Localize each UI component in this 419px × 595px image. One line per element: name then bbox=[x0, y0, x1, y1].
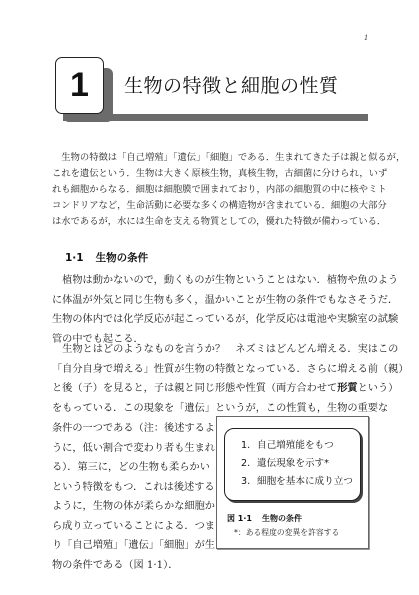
body-line: という特徴をもつ．これは後述する bbox=[52, 478, 212, 498]
chapter-number: 1 bbox=[55, 57, 104, 114]
body-line: 生物の体内では化学反応が起こっているが，化学反応は電池や実験室の試験 bbox=[52, 310, 382, 330]
body-paragraph-3: 条件の一つである（注：後述するよ うに，低い割合で変わり者も生まれ る）．第三に… bbox=[52, 419, 212, 575]
section-number: 1·1 bbox=[65, 252, 84, 264]
body-line: ように，生物の体が柔らかな細胞か bbox=[52, 497, 212, 517]
figure-number: 図 1·1 bbox=[227, 514, 252, 523]
condition-text: 遺伝現象を示す* bbox=[257, 458, 329, 469]
figure-title: 生物の条件 bbox=[262, 514, 302, 523]
section-title: 生物の条件 bbox=[96, 252, 149, 264]
body-line: と後（子）を見ると，子は親と同じ形態や性質（両方合わせて形質という） bbox=[52, 379, 382, 399]
body-line: ら成り立っていることによる．つま bbox=[52, 517, 212, 537]
body-text: と後（子）を見ると，子は親と同じ形態や性質（両方合わせて bbox=[52, 383, 337, 394]
chapter-intro: 生物の特徴は「自己増殖」「遺伝」「細胞」である．生まれてきた子は親と似るが， こ… bbox=[52, 150, 378, 230]
section-heading: 1·1生物の条件 bbox=[65, 250, 148, 265]
figure-conditions-box: 1.自己増殖能をもつ 2.遺伝現象を示す* 3.細胞を基本に成り立つ bbox=[224, 428, 361, 501]
body-line: 「自分自身で増える」性質が生物の特徴となっている．さらに増える前（親） bbox=[52, 360, 382, 380]
condition-text: 自己増殖能をもつ bbox=[257, 440, 334, 451]
body-line: 条件の一つである（注：後述するよ bbox=[52, 419, 212, 439]
chapter-underline-bar bbox=[63, 114, 368, 121]
body-line: る）．第三に，どの生物も柔らかい bbox=[52, 458, 212, 478]
condition-number: 2. bbox=[241, 455, 257, 473]
figure-1-1: 1.自己増殖能をもつ 2.遺伝現象を示す* 3.細胞を基本に成り立つ 図 1·1… bbox=[216, 416, 369, 549]
condition-item: 2.遺伝現象を示す* bbox=[241, 455, 360, 473]
condition-item: 1.自己増殖能をもつ bbox=[241, 437, 360, 455]
figure-caption: 図 1·1生物の条件 bbox=[227, 513, 302, 524]
keyword-keishitsu: 形質 bbox=[337, 382, 357, 394]
body-paragraph-1: 植物は動かないので，動くものが生物ということはない．植物や魚のよう に体温が外気… bbox=[52, 271, 382, 349]
chapter-title: 生物の特徴と細胞の性質 bbox=[124, 71, 339, 98]
intro-line: は水であるが，水には生命を支える物質としての，優れた特徴が備わっている． bbox=[52, 214, 378, 230]
body-line: 生物とはどのようなものを言うか？ ネズミはどんどん増える．実はこの bbox=[52, 340, 382, 360]
intro-line: これを遺伝という．生物は大きく原核生物，真核生物，古細菌に分けられ，いず bbox=[52, 166, 378, 182]
condition-text: 細胞を基本に成り立つ bbox=[257, 476, 353, 487]
body-line: り「自己増殖」「遺伝」「細胞」が生 bbox=[52, 536, 212, 556]
condition-number: 3. bbox=[241, 473, 257, 491]
condition-number: 1. bbox=[241, 437, 257, 455]
body-line: 物の条件である（図 1·1）． bbox=[52, 556, 212, 576]
conditions-list: 1.自己増殖能をもつ 2.遺伝現象を示す* 3.細胞を基本に成り立つ bbox=[225, 429, 360, 491]
figure-footnote: *：ある程度の変異を許容する bbox=[234, 527, 339, 538]
body-line: うに，低い割合で変わり者も生まれ bbox=[52, 439, 212, 459]
condition-item: 3.細胞を基本に成り立つ bbox=[241, 473, 360, 491]
body-line: に体温が外気と同じ生物も多く，温かいことが生物の条件でもなさそうだ． bbox=[52, 291, 382, 311]
intro-line: れも細胞からなる．細胞は細胞膜で囲まれており，内部の細胞質の中に核やミト bbox=[52, 182, 378, 198]
page-number: 1 bbox=[364, 33, 368, 42]
body-paragraph-2: 生物とはどのようなものを言うか？ ネズミはどんどん増える．実はこの 「自分自身で… bbox=[52, 340, 382, 418]
body-line: 植物は動かないので，動くものが生物ということはない．植物や魚のよう bbox=[52, 271, 382, 291]
intro-line: コンドリアなど，生命活動に必要な多くの構造物が含まれている．細胞の大部分 bbox=[52, 198, 378, 214]
intro-line: 生物の特徴は「自己増殖」「遺伝」「細胞」である．生まれてきた子は親と似るが， bbox=[52, 150, 378, 166]
body-text: という） bbox=[358, 383, 399, 394]
